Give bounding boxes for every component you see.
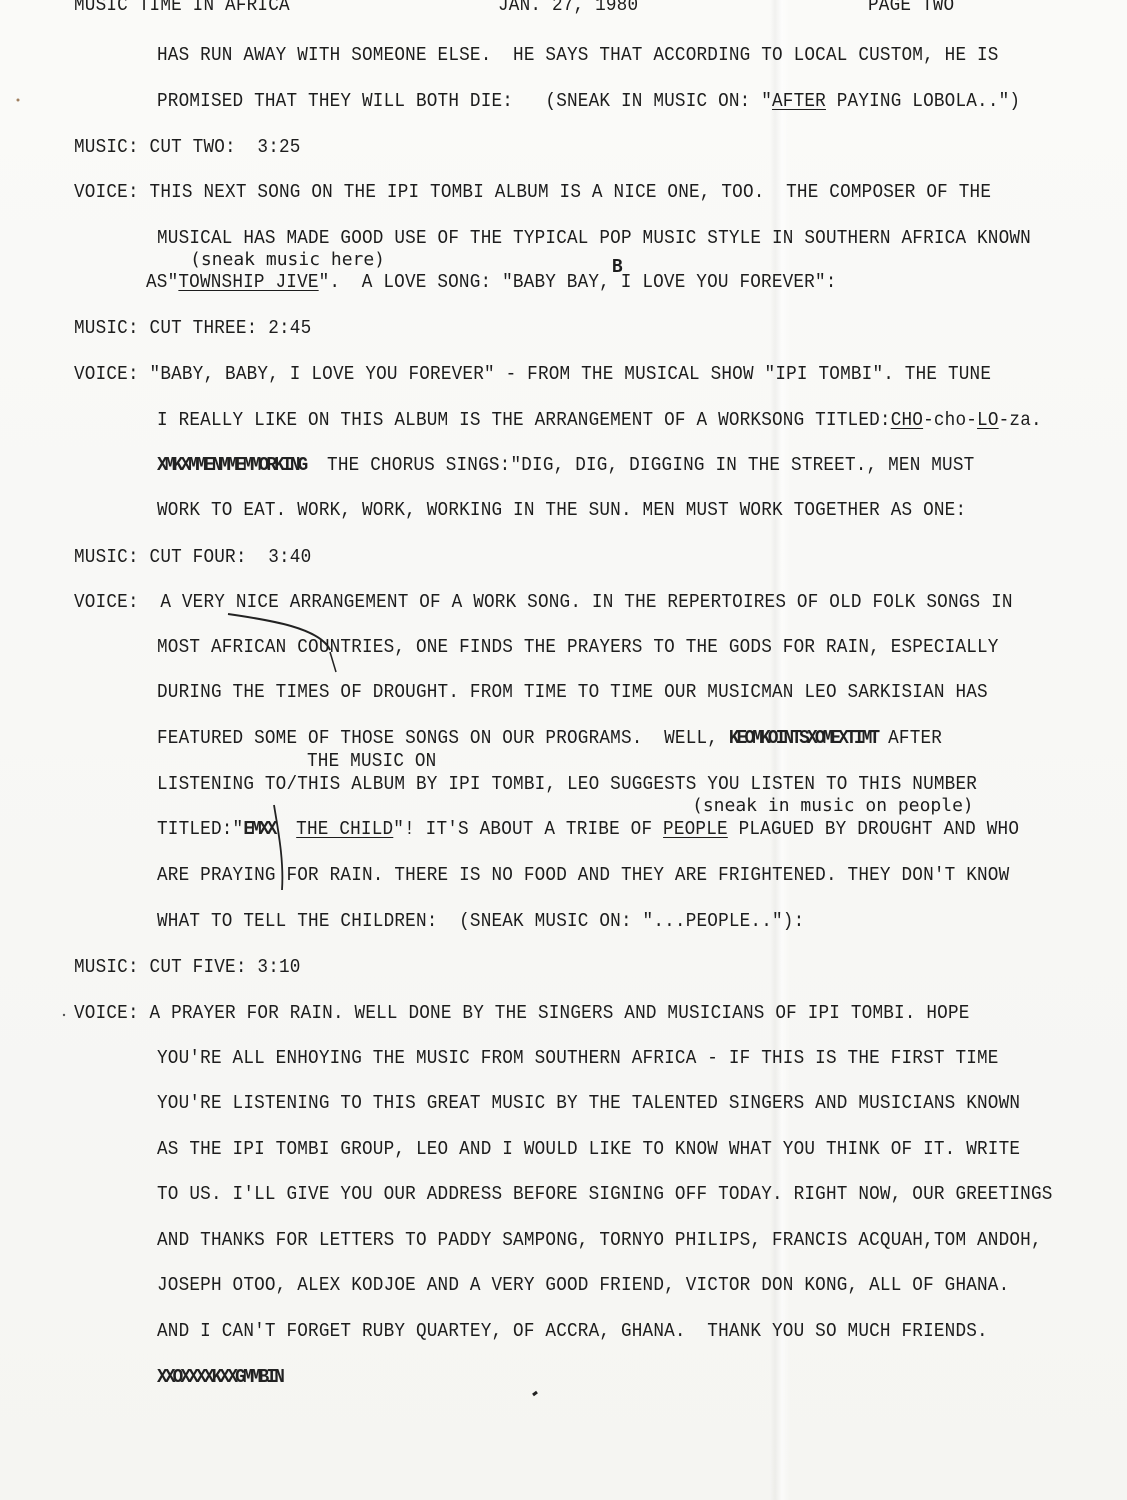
body-line: AS THE IPI TOMBI GROUP, LEO AND I WOULD …: [157, 1138, 1020, 1160]
struck-text: EMXX: [243, 818, 274, 840]
body-line: TITLED:"EMXX THE CHILD"! IT'S ABOUT A TR…: [157, 818, 1019, 840]
body-line: JOSEPH OTOO, ALEX KODJOE AND A VERY GOOD…: [157, 1274, 1009, 1296]
body-line: MOST AFRICAN COUNTRIES, ONE FINDS THE PR…: [157, 636, 999, 658]
inserted-text: THE MUSIC ON: [307, 750, 436, 772]
body-line: HAS RUN AWAY WITH SOMEONE ELSE. HE SAYS …: [157, 44, 999, 66]
body-line: WORK TO EAT. WORK, WORK, WORKING IN THE …: [157, 499, 966, 521]
body-line: AND I CAN'T FORGET RUBY QUARTEY, OF ACCR…: [157, 1320, 988, 1342]
body-line: YOU'RE LISTENING TO THIS GREAT MUSIC BY …: [157, 1092, 1020, 1114]
annotation-sneak-people: (sneak in music on people): [692, 795, 974, 816]
body-line: AS"TOWNSHIP JIVE". A LOVE SONG: "BABY BA…: [146, 271, 837, 293]
music-cue-cut-two: MUSIC: CUT TWO: 3:25: [74, 136, 301, 158]
body-line: AND THANKS FOR LETTERS TO PADDY SAMPONG,…: [157, 1229, 1042, 1251]
body-line: PROMISED THAT THEY WILL BOTH DIE: (SNEAK…: [157, 90, 1020, 112]
document-page: MUSIC TIME IN AFRICA JAN. 27, 1980 PAGE …: [0, 0, 1127, 1500]
broadcast-date: JAN. 27, 1980: [498, 0, 638, 16]
body-line: TO US. I'LL GIVE YOU OUR ADDRESS BEFORE …: [157, 1183, 1053, 1205]
voice-line: VOICE: "BABY, BABY, I LOVE YOU FOREVER" …: [74, 363, 991, 385]
program-title: MUSIC TIME IN AFRICA: [74, 0, 290, 16]
struck-text: XMKXMMENMMEMMORKING: [157, 454, 305, 476]
music-cue-cut-four: MUSIC: CUT FOUR: 3:40: [74, 546, 311, 568]
struck-text: KEOMKOINTSXOMEXTIMT: [729, 727, 877, 749]
body-line: LISTENING TO/THIS ALBUM BY IPI TOMBI, LE…: [157, 773, 977, 795]
body-line: WHAT TO TELL THE CHILDREN: (SNEAK MUSIC …: [157, 910, 804, 932]
voice-line: VOICE: A VERY NICE ARRANGEMENT OF A WORK…: [74, 591, 1013, 613]
body-line: YOU'RE ALL ENHOYING THE MUSIC FROM SOUTH…: [157, 1047, 999, 1069]
body-line: ARE PRAYING FOR RAIN. THERE IS NO FOOD A…: [157, 864, 1009, 886]
music-cue-cut-five: MUSIC: CUT FIVE: 3:10: [74, 956, 301, 978]
body-line: FEATURED SOME OF THOSE SONGS ON OUR PROG…: [157, 727, 942, 749]
struck-text-end: XXOXXXXKXXGMMBIN: [157, 1366, 282, 1388]
voice-line: VOICE: THIS NEXT SONG ON THE IPI TOMBI A…: [74, 181, 991, 203]
body-line: XMKXMMENMMEMMORKING THE CHORUS SINGS:"DI…: [157, 454, 974, 476]
body-line: DURING THE TIMES OF DROUGHT. FROM TIME T…: [157, 681, 988, 703]
body-line: I REALLY LIKE ON THIS ALBUM IS THE ARRAN…: [157, 409, 1042, 431]
body-line: MUSICAL HAS MADE GOOD USE OF THE TYPICAL…: [157, 227, 1031, 249]
annotation-sneak-music: (sneak music here): [190, 249, 385, 270]
page-number: PAGE TWO: [868, 0, 954, 16]
voice-line: VOICE: A PRAYER FOR RAIN. WELL DONE BY T…: [74, 1002, 970, 1024]
music-cue-cut-three: MUSIC: CUT THREE: 2:45: [74, 317, 311, 339]
